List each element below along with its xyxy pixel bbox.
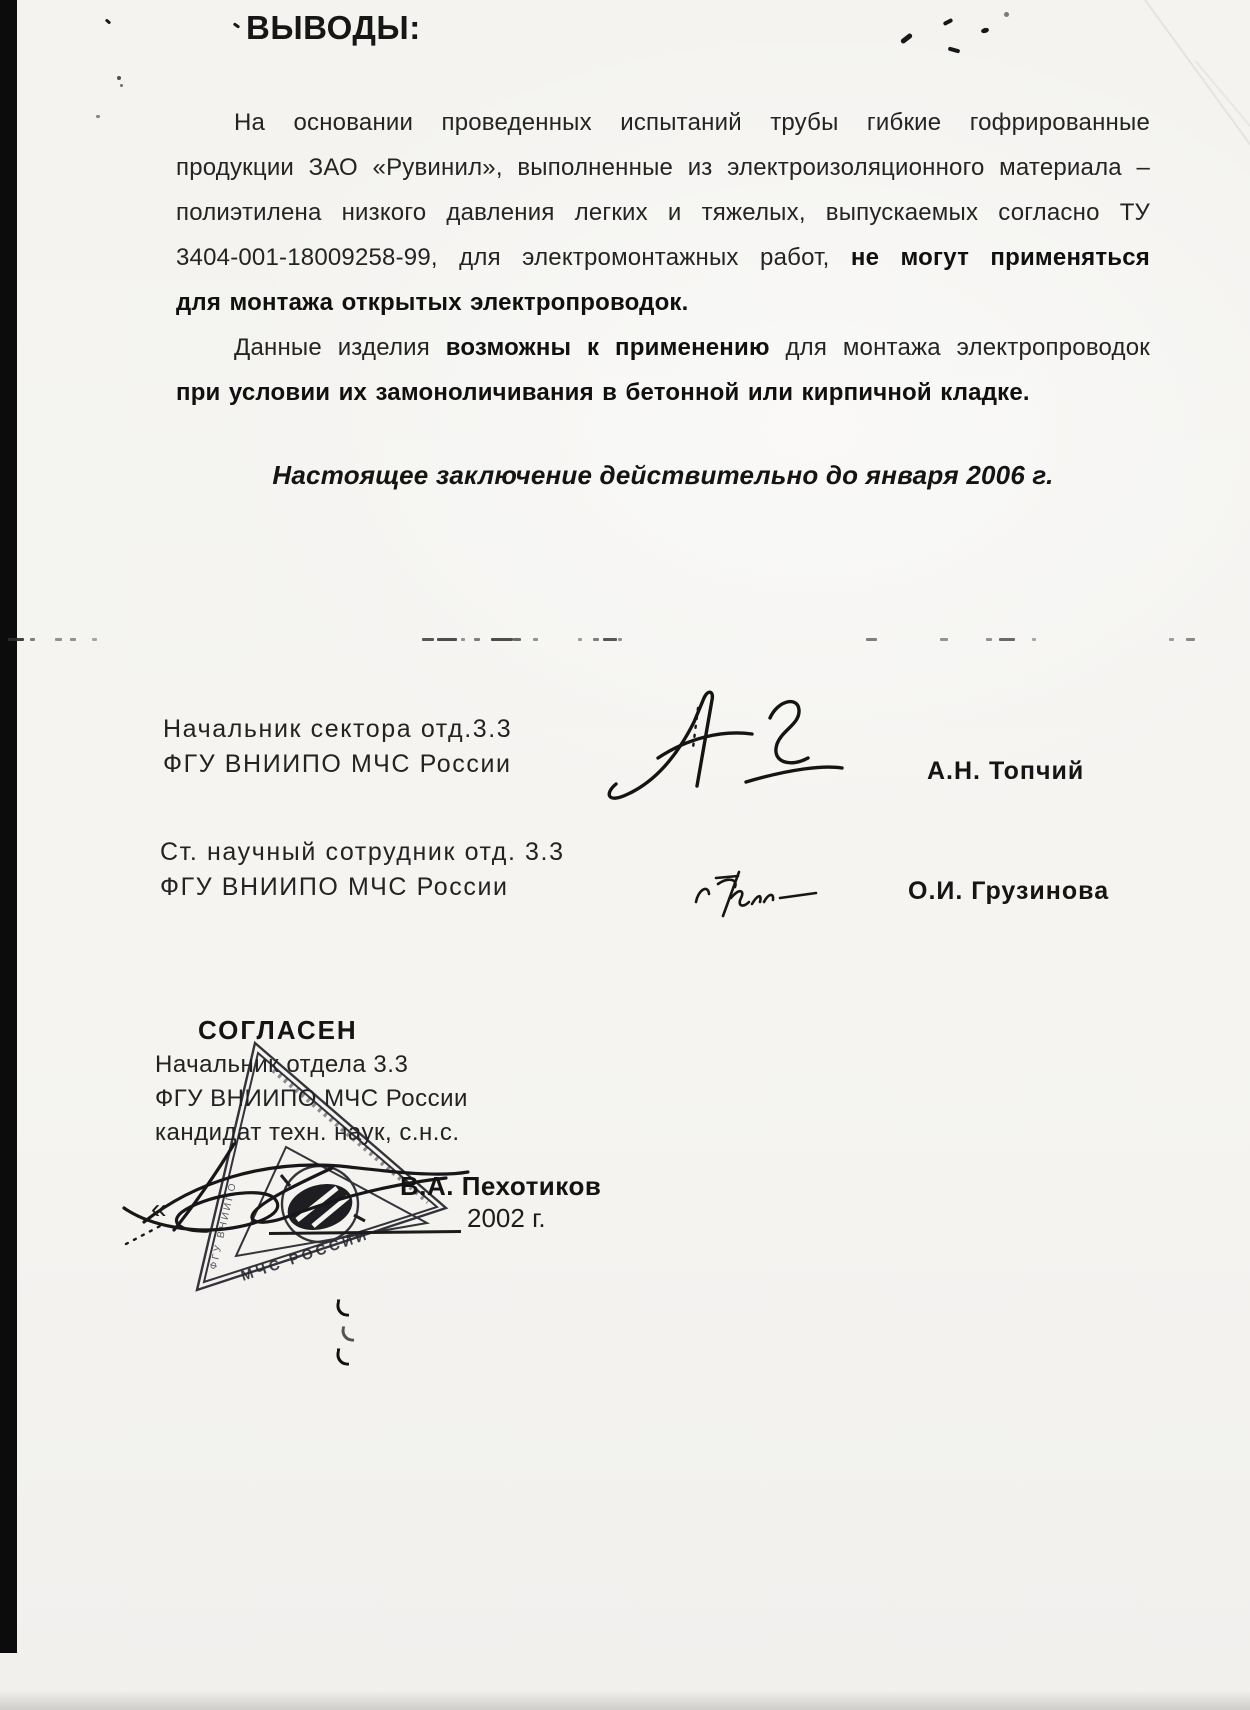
- body-line: полиэтилена низкого давления легких и тя…: [176, 190, 1150, 235]
- role-line: ФГУ ВНИИПО МЧС России: [163, 747, 512, 782]
- approver-name: В.А. Пехотиков: [400, 1170, 601, 1202]
- text-segment: для монтажа электропроводок: [770, 334, 1150, 361]
- signatory-name: А.Н. Топчий: [927, 754, 1084, 789]
- scanned-document-page: ВЫВОДЫ: На основании проведенных испытан…: [0, 0, 1250, 1710]
- text-segment: На основании проведенных испытаний трубы…: [234, 109, 1150, 136]
- signatory-name: О.И. Грузинова: [908, 874, 1109, 909]
- text-segment: Данные изделия: [234, 334, 446, 361]
- text-segment-bold: не могут применяться: [851, 244, 1150, 271]
- role-line: ФГУ ВНИИПО МЧС России: [160, 870, 565, 905]
- text-segment: продукции ЗАО «Рувинил», выполненные из …: [176, 154, 1150, 181]
- date-open-quote: «: [151, 1194, 167, 1224]
- text-segment-bold: возможны к применению: [446, 334, 770, 361]
- ink-speck: [980, 27, 989, 34]
- ink-speck: [96, 115, 100, 118]
- page-title: ВЫВОДЫ:: [246, 8, 421, 48]
- ink-speck: [1004, 12, 1009, 17]
- scan-crease: [1140, 0, 1250, 173]
- ink-speck: [900, 33, 913, 45]
- ink-speck: [233, 22, 240, 28]
- ink-speck: [117, 76, 121, 80]
- body-line: Данные изделия возможны к применению для…: [176, 325, 1150, 370]
- body-line: На основании проведенных испытаний трубы…: [176, 100, 1150, 145]
- signature-gruzinova: [688, 862, 858, 922]
- role-line: Ст. научный сотрудник отд. 3.3: [160, 835, 565, 870]
- signatory-role: Начальник сектора отд.3.3 ФГУ ВНИИПО МЧС…: [163, 712, 512, 782]
- ink-speck: [105, 18, 112, 24]
- date-year: 2002 г.: [467, 1202, 546, 1234]
- conclusions-text: На основании проведенных испытаний трубы…: [176, 100, 1150, 415]
- scan-black-edge: [0, 0, 17, 1653]
- text-segment-bold: при условии их замоноличивания в бетонно…: [176, 379, 1030, 406]
- validity-note: Настоящее заключение действительно до ян…: [176, 452, 1150, 498]
- signatory-role: Ст. научный сотрудник отд. 3.3 ФГУ ВНИИП…: [160, 835, 565, 905]
- ink-curl: [335, 1348, 351, 1366]
- scan-bottom-shadow: [0, 1690, 1250, 1710]
- ink-speck: [943, 18, 954, 26]
- signature-topchiy: [600, 672, 850, 812]
- scan-dashed-artifact: [0, 638, 1250, 642]
- body-line: при условии их замоноличивания в бетонно…: [176, 370, 1150, 415]
- body-line: для монтажа открытых электропроводок.: [176, 280, 1150, 325]
- ink-curl: [340, 1326, 356, 1342]
- text-segment-bold: для монтажа открытых электропроводок.: [176, 289, 689, 316]
- ink-speck: [948, 46, 961, 53]
- body-line: 3404-001-18009258-99, для электромонтажн…: [176, 235, 1150, 280]
- text-segment: 3404-001-18009258-99, для электромонтажн…: [176, 244, 851, 271]
- role-line: Начальник сектора отд.3.3: [163, 712, 512, 747]
- text-segment: полиэтилена низкого давления легких и тя…: [176, 199, 1150, 226]
- body-line: продукции ЗАО «Рувинил», выполненные из …: [176, 145, 1150, 190]
- ink-speck: [120, 84, 123, 87]
